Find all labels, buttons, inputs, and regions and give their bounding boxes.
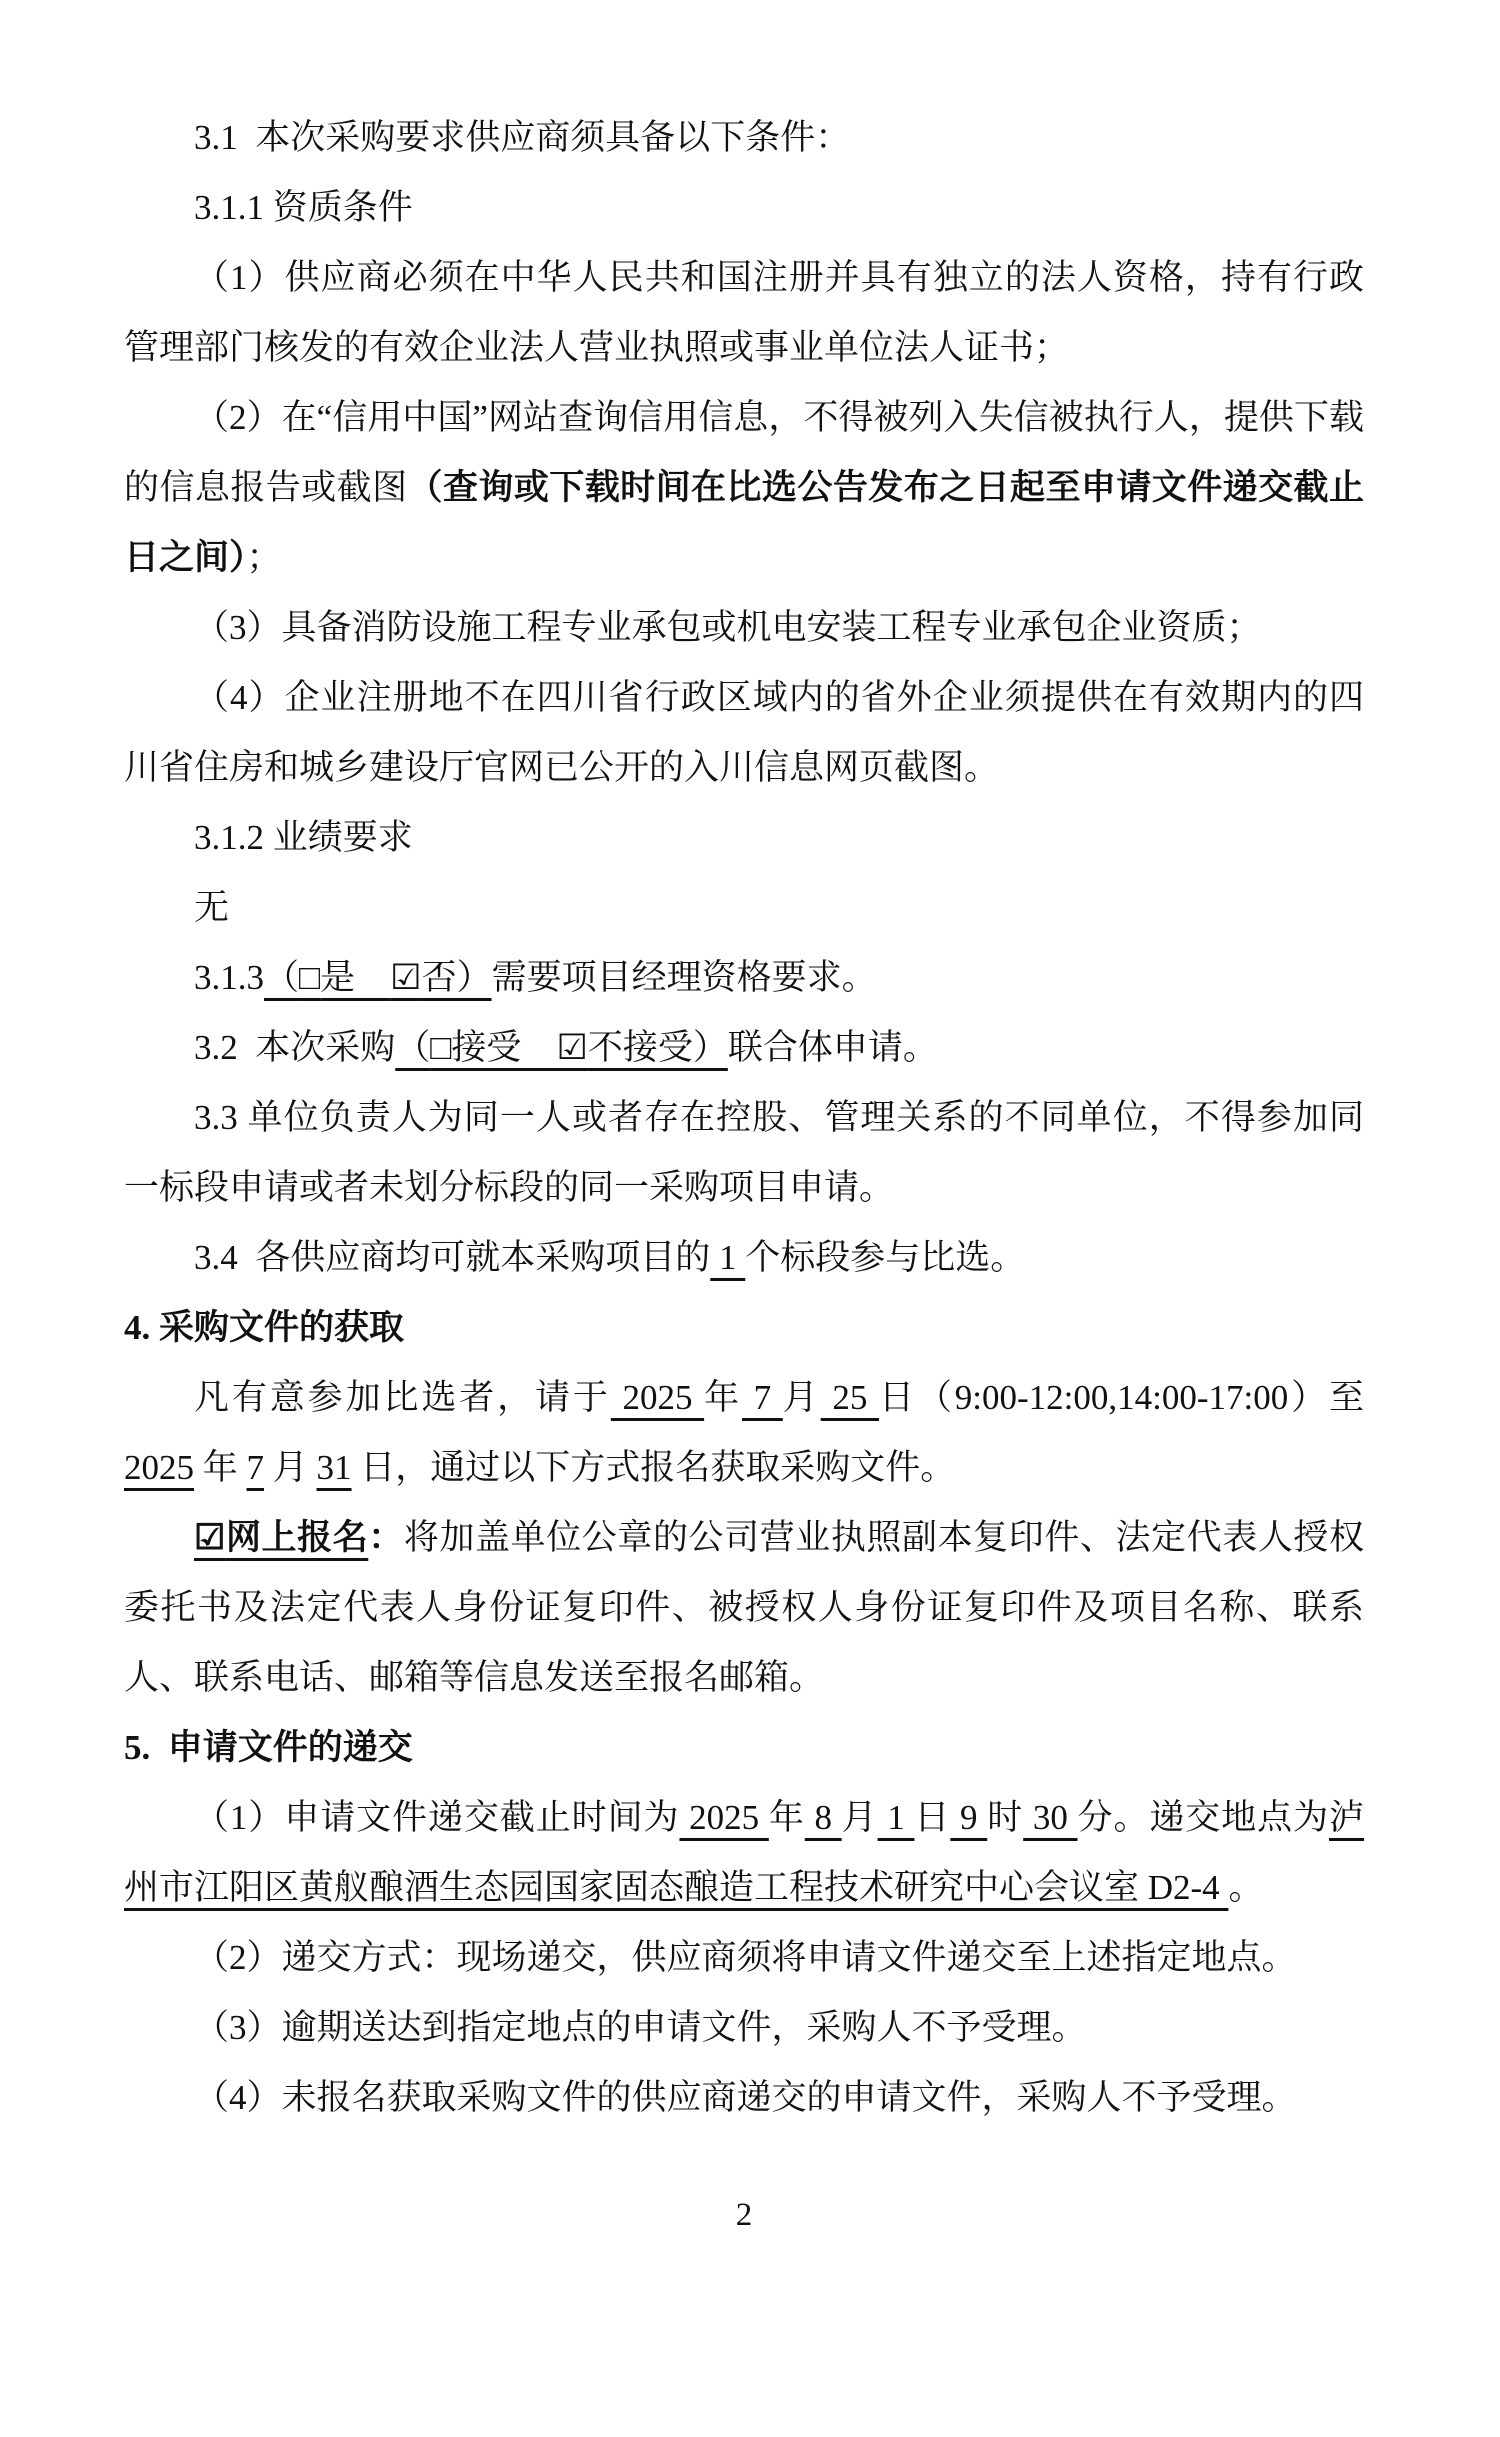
clause-3-1-1-item-3: （3）具备消防设施工程专业承包或机电安装工程专业承包企业资质； <box>124 593 1364 663</box>
clause-3-1-2-value: 无 <box>124 873 1364 943</box>
text-run: 月 <box>264 1448 317 1487</box>
text-run: （3）逾期送达到指定地点的申请文件，采购人不予受理。 <box>194 2008 1087 2047</box>
document-body: 3.1 本次采购要求供应商须具备以下条件：3.1.1 资质条件（1）供应商必须在… <box>124 103 1364 2133</box>
text-run: 1 <box>710 1238 745 1277</box>
heading-section-5: 5. 申请文件的递交 <box>124 1713 1364 1783</box>
clause-3-1: 3.1 本次采购要求供应商须具备以下条件： <box>124 103 1364 173</box>
text-run: 网上报名 <box>225 1518 368 1557</box>
text-run: 联合体申请。 <box>728 1028 938 1067</box>
checkbox-checked-icon: ☑ <box>194 1518 225 1557</box>
text-run: 个标段参与比选。 <box>745 1238 1025 1277</box>
text-run: （1）供应商必须在中华人民共和国注册并具有独立的法人资格，持有行政管理部门核发的… <box>124 258 1364 367</box>
text-run: 。 <box>1228 1868 1263 1907</box>
text-run: （2）递交方式：现场递交，供应商须将申请文件递交至上述指定地点。 <box>194 1938 1297 1977</box>
text-run: 2025 <box>124 1448 194 1487</box>
text-run: （ <box>395 1028 430 1067</box>
text-run: 分。递交地点为 <box>1078 1798 1329 1837</box>
text-run: 3.3 单位负责人为同一人或者存在控股、管理关系的不同单位，不得参加同一标段申请… <box>124 1098 1364 1207</box>
clause-3-1-1-item-2: （2）在“信用中国”网站查询信用信息，不得被列入失信被执行人，提供下载的信息报告… <box>124 383 1364 593</box>
text-run: 3.4 各供应商均可就本采购项目的 <box>194 1238 710 1277</box>
text-run: 31 <box>317 1448 352 1487</box>
clause-3-1-1-item-4: （4）企业注册地不在四川省行政区域内的省外企业须提供在有效期内的四川省住房和城乡… <box>124 663 1364 803</box>
text-run: （ <box>264 958 299 997</box>
checkbox-unchecked-icon: □ <box>430 1028 451 1067</box>
clause-3-1-3: 3.1.3（□是 ☑否）需要项目经理资格要求。 <box>124 943 1364 1013</box>
clause-5-3: （3）逾期送达到指定地点的申请文件，采购人不予受理。 <box>124 1993 1364 2063</box>
text-run: 月 <box>842 1798 878 1837</box>
clause-5-1: （1）申请文件递交截止时间为 2025 年 8 月 1 日 9 时 30 分。递… <box>124 1783 1364 1923</box>
text-run: 需要项目经理资格要求。 <box>492 958 877 997</box>
text-run: （4）企业注册地不在四川省行政区域内的省外企业须提供在有效期内的四川省住房和城乡… <box>124 678 1364 787</box>
text-run: 接受 <box>451 1028 556 1067</box>
text-run: 3.2 本次采购 <box>194 1028 395 1067</box>
text-run: （3）具备消防设施工程专业承包或机电安装工程专业承包企业资质； <box>194 608 1262 647</box>
clause-3-1-2: 3.1.2 业绩要求 <box>124 803 1364 873</box>
text-run: 年 <box>769 1798 805 1837</box>
text-run: 月 <box>783 1378 821 1417</box>
text-run: 年 <box>194 1448 247 1487</box>
text-run: 3.1.1 资质条件 <box>194 188 413 227</box>
text-run: 1 <box>878 1798 915 1837</box>
page-footer: 2 <box>124 2180 1364 2250</box>
checkbox-checked-icon: ☑ <box>390 958 421 997</box>
checkbox-checked-icon: ☑ <box>556 1028 587 1067</box>
clause-3-4: 3.4 各供应商均可就本采购项目的 1 个标段参与比选。 <box>124 1223 1364 1293</box>
text-run: 4. 采购文件的获取 <box>124 1308 404 1347</box>
clause-4-online-signup: ☑网上报名：将加盖单位公章的公司营业执照副本复印件、法定代表人授权委托书及法定代… <box>124 1503 1364 1713</box>
text-run: 凡有意参加比选者，请于 <box>194 1378 611 1417</box>
text-run: 5. 申请文件的递交 <box>124 1728 413 1767</box>
text-run: ： <box>368 1518 404 1557</box>
checkbox-unchecked-icon: □ <box>299 958 320 997</box>
text-run: （1）申请文件递交截止时间为 <box>194 1798 679 1837</box>
text-run: 2025 <box>611 1378 704 1417</box>
text-run: 2025 <box>679 1798 768 1837</box>
text-run: 不接受） <box>588 1028 728 1067</box>
text-run: 年 <box>704 1378 742 1417</box>
text-run: 否） <box>422 958 492 997</box>
clause-3-3: 3.3 单位负责人为同一人或者存在控股、管理关系的不同单位，不得参加同一标段申请… <box>124 1083 1364 1223</box>
text-run: 时 <box>987 1798 1023 1837</box>
text-run: 3.1 本次采购要求供应商须具备以下条件： <box>194 118 850 157</box>
text-run: （4）未报名获取采购文件的供应商递交的申请文件，采购人不予受理。 <box>194 2078 1297 2117</box>
text-run: 日 <box>914 1798 950 1837</box>
text-run: 是 <box>320 958 390 997</box>
text-run: 8 <box>805 1798 842 1837</box>
clause-3-2: 3.2 本次采购（□接受 ☑不接受）联合体申请。 <box>124 1013 1364 1083</box>
text-run: 7 <box>247 1448 265 1487</box>
text-run: 25 <box>821 1378 879 1417</box>
heading-section-4: 4. 采购文件的获取 <box>124 1293 1364 1363</box>
page-number: 2 <box>736 2197 753 2233</box>
text-run: 无 <box>194 888 229 927</box>
clause-4-body: 凡有意参加比选者，请于 2025 年 7 月 25 日（9:00-12:00,1… <box>124 1363 1364 1503</box>
document-page: 3.1 本次采购要求供应商须具备以下条件：3.1.1 资质条件（1）供应商必须在… <box>0 0 1500 2437</box>
text-run: 3.1.3 <box>194 958 264 997</box>
text-run: 日，通过以下方式报名获取采购文件。 <box>352 1448 956 1487</box>
text-run: 7 <box>742 1378 783 1417</box>
clause-5-4: （4）未报名获取采购文件的供应商递交的申请文件，采购人不予受理。 <box>124 2063 1364 2133</box>
clause-5-2: （2）递交方式：现场递交，供应商须将申请文件递交至上述指定地点。 <box>124 1923 1364 1993</box>
clause-3-1-1: 3.1.1 资质条件 <box>124 173 1364 243</box>
text-run: 30 <box>1023 1798 1077 1837</box>
text-run: 3.1.2 业绩要求 <box>194 818 413 857</box>
clause-3-1-1-item-1: （1）供应商必须在中华人民共和国注册并具有独立的法人资格，持有行政管理部门核发的… <box>124 243 1364 383</box>
text-run: 9 <box>950 1798 987 1837</box>
text-run: 日（9:00-12:00,14:00-17:00）至 <box>879 1378 1364 1417</box>
text-run: ； <box>247 538 282 577</box>
